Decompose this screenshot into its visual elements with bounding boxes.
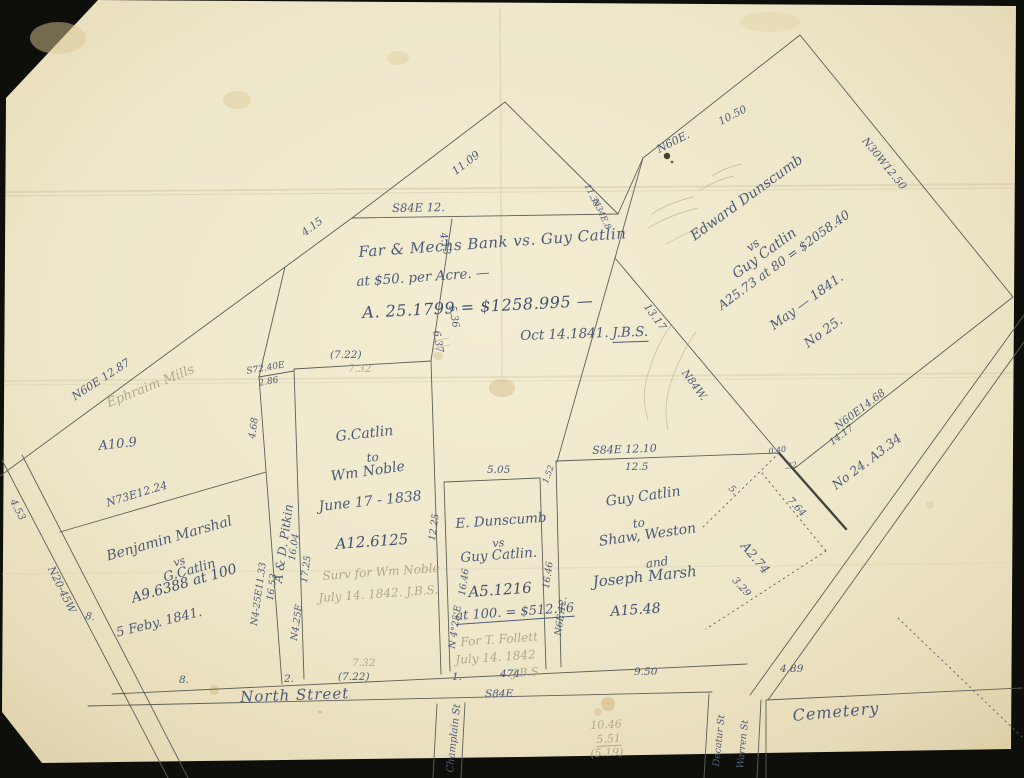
street-bearing-s84e: S84E bbox=[485, 689, 513, 700]
marsh-top-dim: 12.5 bbox=[625, 462, 648, 473]
street-dim-2: 2. bbox=[284, 674, 294, 685]
street-dim-1: 1. bbox=[452, 672, 462, 683]
north-street-label: North Street bbox=[240, 686, 350, 705]
surveyor-initials: J.B.S. bbox=[612, 326, 648, 343]
noble-top-dim: 7.32 bbox=[348, 364, 371, 375]
street-dim-489: 4.89 bbox=[780, 664, 803, 675]
west-road-dim: 8. bbox=[85, 612, 96, 623]
survey-map: Far & Mechs Bank vs. Guy Catlin at $50. … bbox=[0, 0, 1024, 778]
street-dim-474: 474 bbox=[500, 669, 520, 680]
west-area: A10.9 bbox=[98, 436, 137, 453]
pencil-calc-line3: (5.19) bbox=[590, 746, 624, 759]
street-dim-732: 7.32 bbox=[352, 658, 375, 669]
street-dim-722: (7.22) bbox=[338, 672, 370, 683]
dunscumb-area: A5.1216 bbox=[468, 581, 532, 600]
north-bearing-s84e: S84E 12. bbox=[392, 202, 445, 214]
noble-top-paren: (7.22) bbox=[330, 350, 362, 361]
street-dim-8: 8. bbox=[179, 675, 189, 686]
street-dim-950: 9.50 bbox=[634, 667, 657, 678]
dunscumb-top-dim: 5.05 bbox=[487, 465, 510, 476]
marsh-area: A15.48 bbox=[610, 601, 661, 618]
marsh-top-bearing: S84E 12.10 bbox=[592, 443, 657, 456]
central-note-date: Oct 14.1841. bbox=[520, 327, 609, 344]
pencil-calc-line1: 10.46 bbox=[590, 718, 622, 731]
